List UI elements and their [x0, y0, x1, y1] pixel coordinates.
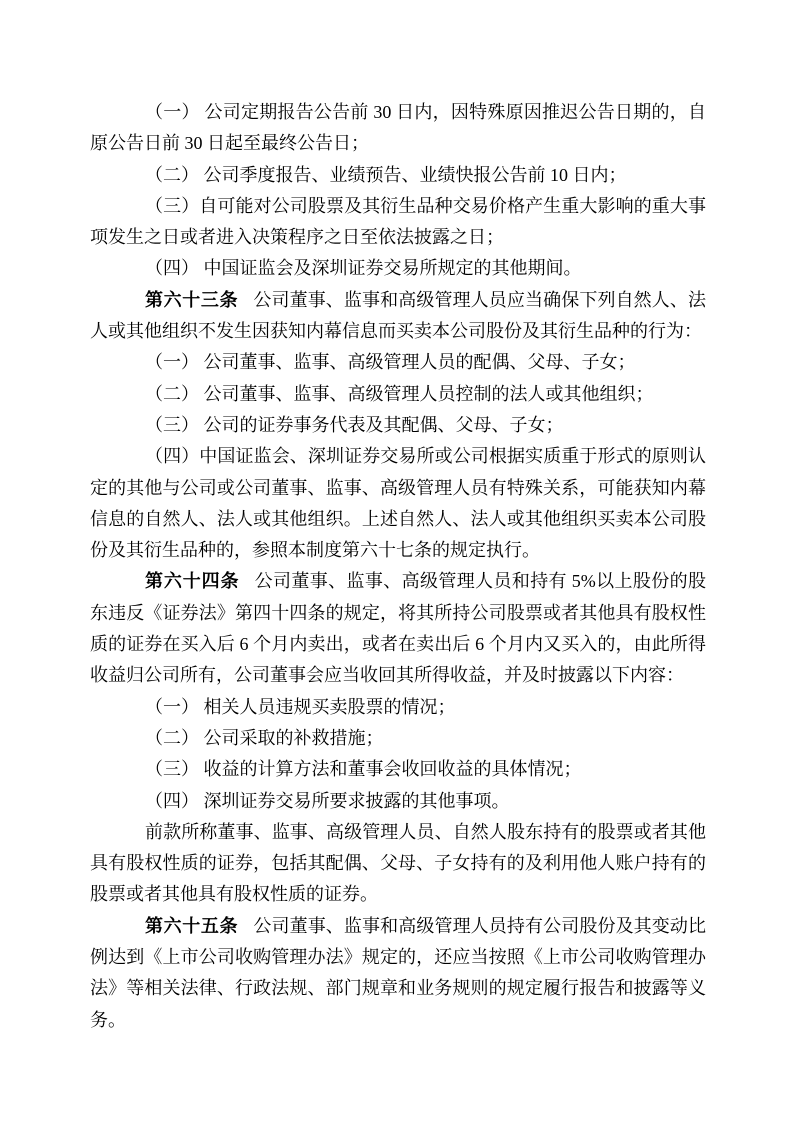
paragraph-text: （三）自可能对公司股票及其衍生品种交易价格产生重大影响的重大事项发生之日或者进入… — [90, 196, 706, 247]
paragraph: 前款所称董事、监事、高级管理人员、自然人股东持有的股票或者其他具有股权性质的证券… — [90, 817, 706, 911]
paragraph: （三）自可能对公司股票及其衍生品种交易价格产生重大影响的重大事项发生之日或者进入… — [90, 191, 706, 254]
paragraph: （二） 公司采取的补救措施； — [90, 723, 706, 754]
paragraph-text: （三） 公司的证券事务代表及其配偶、父母、子女； — [145, 415, 564, 435]
paragraph: （一） 公司董事、监事、高级管理人员的配偶、父母、子女； — [90, 347, 706, 378]
article-paragraph: 第六十五条公司董事、监事和高级管理人员持有公司股份及其变动比例达到《上市公司收购… — [90, 911, 706, 1036]
paragraph-text: （三） 收益的计算方法和董事会收回收益的具体情况； — [145, 759, 582, 779]
paragraph: （四） 中国证监会及深圳证券交易所规定的其他期间。 — [90, 253, 706, 284]
paragraph: （一） 公司定期报告公告前 30 日内，因特殊原因推迟公告日期的，自原公告日前 … — [90, 97, 706, 160]
paragraph-text: （二） 公司季度报告、业绩预告、业绩快报公告前 10 日内； — [145, 165, 627, 185]
paragraph-text: （二） 公司采取的补救措施； — [145, 728, 384, 748]
paragraph-text: 前款所称董事、监事、高级管理人员、自然人股东持有的股票或者其他具有股权性质的证券… — [90, 822, 706, 905]
document-body: （一） 公司定期报告公告前 30 日内，因特殊原因推迟公告日期的，自原公告日前 … — [90, 97, 706, 1036]
paragraph: （三） 公司的证券事务代表及其配偶、父母、子女； — [90, 410, 706, 441]
paragraph-text: （四） 深圳证券交易所要求披露的其他事项。 — [145, 791, 510, 811]
article-number: 第六十五条 — [145, 916, 238, 936]
paragraph: （一） 相关人员违规买卖股票的情况； — [90, 692, 706, 723]
paragraph: （四）中国证监会、深圳证券交易所或公司根据实质重于形式的原则认定的其他与公司或公… — [90, 441, 706, 566]
paragraph-text: （四） 中国证监会及深圳证券交易所规定的其他期间。 — [145, 258, 582, 278]
paragraph-text: （二） 公司董事、监事、高级管理人员控制的法人或其他组织； — [145, 384, 654, 404]
article-paragraph: 第六十三条公司董事、监事和高级管理人员应当确保下列自然人、法人或其他组织不发生因… — [90, 285, 706, 348]
article-number: 第六十三条 — [145, 290, 238, 310]
paragraph: （二） 公司董事、监事、高级管理人员控制的法人或其他组织； — [90, 379, 706, 410]
paragraph-text: （四）中国证监会、深圳证券交易所或公司根据实质重于形式的原则认定的其他与公司或公… — [90, 446, 706, 560]
paragraph: （四） 深圳证券交易所要求披露的其他事项。 — [90, 786, 706, 817]
paragraph-text: （一） 公司董事、监事、高级管理人员的配偶、父母、子女； — [145, 352, 636, 372]
paragraph: （二） 公司季度报告、业绩预告、业绩快报公告前 10 日内； — [90, 160, 706, 191]
paragraph-text: （一） 公司定期报告公告前 30 日内，因特殊原因推迟公告日期的，自原公告日前 … — [90, 102, 706, 153]
article-number: 第六十四条 — [145, 571, 239, 591]
paragraph-text: （一） 相关人员违规买卖股票的情况； — [145, 697, 456, 717]
document-page: （一） 公司定期报告公告前 30 日内，因特殊原因推迟公告日期的，自原公告日前 … — [0, 0, 793, 1122]
paragraph: （三） 收益的计算方法和董事会收回收益的具体情况； — [90, 754, 706, 785]
article-paragraph: 第六十四条公司董事、监事、高级管理人员和持有 5%以上股份的股东违反《证券法》第… — [90, 566, 706, 691]
